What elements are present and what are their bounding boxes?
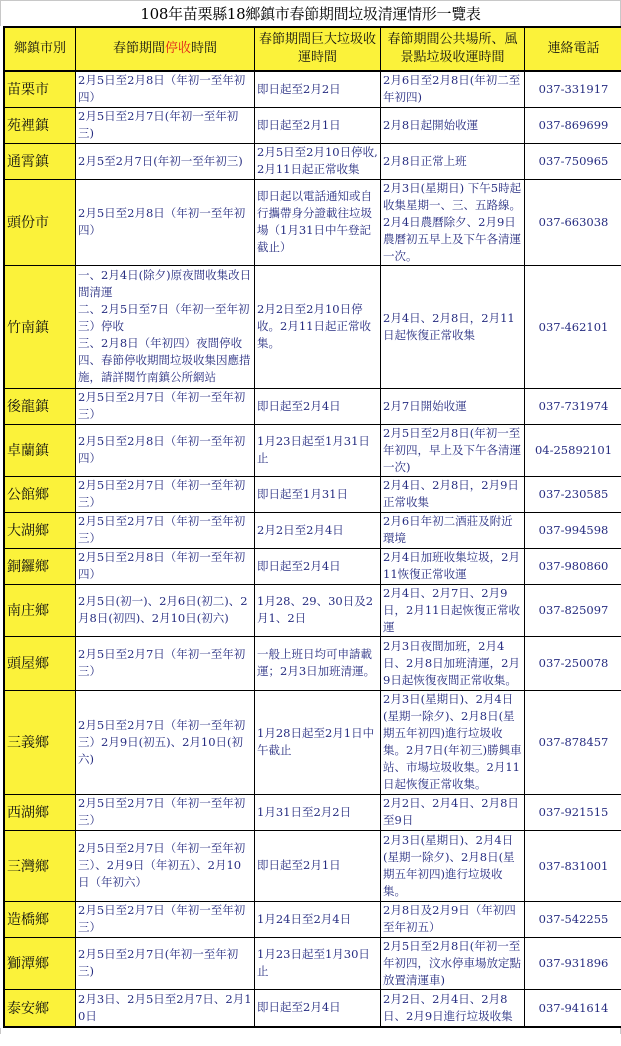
table-row: 竹南鎮一、2月4日(除夕)原夜間收集改日間清運 二、2月5日至7日（年初一至年初…: [4, 265, 621, 388]
table-row: 造橋鄉2月5日至2月7日（年初一至年初三）1月24日至2月4日2月8日及2月9日…: [4, 901, 621, 937]
town-cell: 苗栗市: [4, 71, 76, 107]
bulky-waste-cell: 即日起至1月31日: [255, 476, 381, 512]
table-row: 西湖鄉2月5日至2月7日（年初一至年初三）1月31日至2月2日2月2日、2月4日…: [4, 794, 621, 830]
phone-cell: 037-462101: [525, 265, 621, 388]
town-cell: 獅潭鄉: [4, 937, 76, 989]
town-cell: 頭份市: [4, 179, 76, 265]
stop-period-cell: 2月5日至2月7日（年初一至年初三）: [76, 794, 255, 830]
table-row: 後龍鎮2月5日至2月7日（年初一至年初三）即日起至2月4日2月7日開始收運037…: [4, 388, 621, 424]
stop-period-cell: 2月5日至2月7日（年初一至年初三）、2月9日（年初五）、2月10日（年初六）: [76, 830, 255, 901]
stop-period-cell: 2月5日至2月7日(年初一至年初三): [76, 937, 255, 989]
phone-cell: 037-250078: [525, 636, 621, 690]
table-body: 苗栗市2月5日至2月8日（年初一至年初四）即日起至2月2日2月6日至2月8日(年…: [4, 71, 621, 1027]
stop-period-cell: 2月5日至2月7日（年初一至年初三）: [76, 388, 255, 424]
header-stop-period: 春節期間停收時間: [76, 27, 255, 71]
table-row: 頭份市2月5日至2月8日（年初一至年初四）即日起以電話通知或自行攜帶身分證載往垃…: [4, 179, 621, 265]
town-cell: 大湖鄉: [4, 512, 76, 548]
public-places-cell: 2月6日年初二酒莊及附近環境: [381, 512, 525, 548]
town-cell: 泰安鄉: [4, 989, 76, 1027]
bulky-waste-cell: 2月2日至2月10日停收。2月11日起正常收集。: [255, 265, 381, 388]
stop-period-cell: 2月5日(初一)、2月6日(初二)、2月8日(初四)、2月10日(初六): [76, 584, 255, 636]
spreadsheet-page: 108年苗栗縣18鄉鎮市春節期間垃圾清運情形一覽表 鄉鎮市別 春節期間停收時間 …: [0, 0, 621, 1034]
header-phone: 連絡電話: [525, 27, 621, 71]
town-cell: 南庄鄉: [4, 584, 76, 636]
public-places-cell: 2月4日、2月8日，2月9日正常收集: [381, 476, 525, 512]
table-row: 泰安鄉2月3日、2月5日至2月7日、2月10日即日起至2月4日2月2日、2月4日…: [4, 989, 621, 1027]
public-places-cell: 2月3日夜間加班，2月4日、2月8日加班清運，2月9日起恢復夜間正常收集。: [381, 636, 525, 690]
public-places-cell: 2月8日正常上班: [381, 143, 525, 179]
phone-cell: 037-230585: [525, 476, 621, 512]
phone-cell: 037-750965: [525, 143, 621, 179]
stop-period-cell: 2月5日至2月7日（年初一至年初三）: [76, 512, 255, 548]
phone-cell: 037-994598: [525, 512, 621, 548]
public-places-cell: 2月4日加班收集垃圾，2月11恢復正常收運: [381, 548, 525, 584]
schedule-table: 鄉鎮市別 春節期間停收時間 春節期間巨大垃圾收運時間 春節期間公共場所、風景點垃…: [3, 26, 621, 1028]
table-row: 三灣鄉2月5日至2月7日（年初一至年初三）、2月9日（年初五）、2月10日（年初…: [4, 830, 621, 901]
header-public-places: 春節期間公共場所、風景點垃圾收運時間: [381, 27, 525, 71]
table-row: 苑裡鎮2月5日至2月7日(年初一至年初三)即日起至2月1日2月8日起開始收運03…: [4, 107, 621, 143]
stop-period-cell: 2月3日、2月5日至2月7日、2月10日: [76, 989, 255, 1027]
bulky-waste-cell: 即日起至2月4日: [255, 989, 381, 1027]
stop-period-cell: 2月5日至2月7日（年初一至年初三）: [76, 476, 255, 512]
table-row: 三義鄉2月5日至2月7日（年初一至年初三）2月9日(初五)、2月10日(初六)1…: [4, 690, 621, 794]
stop-period-cell: 2月5日至2月8日（年初一至年初四）: [76, 548, 255, 584]
town-cell: 竹南鎮: [4, 265, 76, 388]
header-stop-suffix: 時間: [191, 41, 217, 56]
stop-period-cell: 2月5日至2月7日（年初一至年初三）: [76, 901, 255, 937]
phone-cell: 037-931896: [525, 937, 621, 989]
stop-period-cell: 一、2月4日(除夕)原夜間收集改日間清運 二、2月5日至7日（年初一至年初三）停…: [76, 265, 255, 388]
table-row: 卓蘭鎮2月5日至2月8日（年初一至年初四）1月23日起至1月31日止2月5日至2…: [4, 424, 621, 476]
document-title: 108年苗栗縣18鄉鎮市春節期間垃圾清運情形一覽表: [0, 0, 621, 26]
bulky-waste-cell: 即日起至2月4日: [255, 548, 381, 584]
bulky-waste-cell: 1月23日起至1月30日止: [255, 937, 381, 989]
town-cell: 公館鄉: [4, 476, 76, 512]
table-row: 獅潭鄉2月5日至2月7日(年初一至年初三)1月23日起至1月30日止2月5日至2…: [4, 937, 621, 989]
town-cell: 造橋鄉: [4, 901, 76, 937]
public-places-cell: 2月8日起開始收運: [381, 107, 525, 143]
stop-period-cell: 2月5日至2月7日（年初一至年初三）: [76, 636, 255, 690]
phone-cell: 037-542255: [525, 901, 621, 937]
town-cell: 通霄鎮: [4, 143, 76, 179]
town-cell: 後龍鎮: [4, 388, 76, 424]
phone-cell: 037-941614: [525, 989, 621, 1027]
bulky-waste-cell: 1月28日起至2月1日中午截止: [255, 690, 381, 794]
table-row: 公館鄉2月5日至2月7日（年初一至年初三）即日起至1月31日2月4日、2月8日，…: [4, 476, 621, 512]
table-row: 通霄鎮2月5至2月7日(年初一至年初三)2月5日至2月10日停收,2月11日起正…: [4, 143, 621, 179]
bulky-waste-cell: 1月28、29、30日及2月1、2日: [255, 584, 381, 636]
phone-cell: 04-25892101: [525, 424, 621, 476]
phone-cell: 037-731974: [525, 388, 621, 424]
bulky-waste-cell: 2月5日至2月10日停收,2月11日起正常收集: [255, 143, 381, 179]
phone-cell: 037-331917: [525, 71, 621, 107]
bulky-waste-cell: 即日起至2月2日: [255, 71, 381, 107]
public-places-cell: 2月7日開始收運: [381, 388, 525, 424]
public-places-cell: 2月2日、2月4日、2月8日、2月9日進行垃圾收集: [381, 989, 525, 1027]
sheet-bottom-edge: [0, 1028, 621, 1034]
stop-period-cell: 2月5日至2月8日（年初一至年初四）: [76, 179, 255, 265]
public-places-cell: 2月6日至2月8日(年初二至年初四): [381, 71, 525, 107]
bulky-waste-cell: 即日起至2月4日: [255, 388, 381, 424]
public-places-cell: 2月4日、2月8日，2月11日起恢復正常收集: [381, 265, 525, 388]
bulky-waste-cell: 即日起至2月1日: [255, 107, 381, 143]
bulky-waste-cell: 2月2日至2月4日: [255, 512, 381, 548]
bulky-waste-cell: 一般上班日均可申請載運；2月3日加班清運。: [255, 636, 381, 690]
stop-period-cell: 2月5日至2月7日(年初一至年初三): [76, 107, 255, 143]
phone-cell: 037-831001: [525, 830, 621, 901]
town-cell: 卓蘭鎮: [4, 424, 76, 476]
town-cell: 西湖鄉: [4, 794, 76, 830]
table-row: 頭屋鄉2月5日至2月7日（年初一至年初三）一般上班日均可申請載運；2月3日加班清…: [4, 636, 621, 690]
table-row: 南庄鄉2月5日(初一)、2月6日(初二)、2月8日(初四)、2月10日(初六)1…: [4, 584, 621, 636]
public-places-cell: 2月3日(星期日)、2月4日(星期一除夕)、2月8日(星期五年初四)進行垃圾收集…: [381, 690, 525, 794]
bulky-waste-cell: 即日起以電話通知或自行攜帶身分證載往垃圾場（1月31日中午登記截止）: [255, 179, 381, 265]
public-places-cell: 2月4日、2月7日、2月9日，2月11日起恢復正常收運: [381, 584, 525, 636]
bulky-waste-cell: 即日起至2月1日: [255, 830, 381, 901]
public-places-cell: 2月8日及2月9日（年初四至年初五）: [381, 901, 525, 937]
header-bulky-waste: 春節期間巨大垃圾收運時間: [255, 27, 381, 71]
stop-period-cell: 2月5日至2月8日（年初一至年初四）: [76, 424, 255, 476]
stop-period-cell: 2月5日至2月7日（年初一至年初三）2月9日(初五)、2月10日(初六): [76, 690, 255, 794]
town-cell: 頭屋鄉: [4, 636, 76, 690]
header-town: 鄉鎮市別: [4, 27, 76, 71]
public-places-cell: 2月3日(星期日)、2月4日(星期一除夕)、2月8日(星期五年初四)進行垃圾收集…: [381, 830, 525, 901]
table-row: 大湖鄉2月5日至2月7日（年初一至年初三）2月2日至2月4日2月6日年初二酒莊及…: [4, 512, 621, 548]
public-places-cell: 2月3日(星期日) 下午5時起收集星期一、三、五路線。2月4日農曆除夕、2月9日…: [381, 179, 525, 265]
bulky-waste-cell: 1月24日至2月4日: [255, 901, 381, 937]
town-cell: 三灣鄉: [4, 830, 76, 901]
public-places-cell: 2月5日至2月8日(年初一至年初四，早上及下午各清運一次): [381, 424, 525, 476]
stop-period-cell: 2月5日至2月8日（年初一至年初四）: [76, 71, 255, 107]
town-cell: 苑裡鎮: [4, 107, 76, 143]
header-row: 鄉鎮市別 春節期間停收時間 春節期間巨大垃圾收運時間 春節期間公共場所、風景點垃…: [4, 27, 621, 71]
phone-cell: 037-869699: [525, 107, 621, 143]
public-places-cell: 2月2日、2月4日、2月8日至9日: [381, 794, 525, 830]
phone-cell: 037-921515: [525, 794, 621, 830]
bulky-waste-cell: 1月31日至2月2日: [255, 794, 381, 830]
phone-cell: 037-878457: [525, 690, 621, 794]
phone-cell: 037-980860: [525, 548, 621, 584]
town-cell: 銅鑼鄉: [4, 548, 76, 584]
table-row: 銅鑼鄉2月5日至2月8日（年初一至年初四）即日起至2月4日2月4日加班收集垃圾，…: [4, 548, 621, 584]
public-places-cell: 2月5日至2月8日(年初一至年初四，汶水停車場放定點放置清運車): [381, 937, 525, 989]
header-stop-highlight: 停收: [165, 41, 191, 56]
stop-period-cell: 2月5至2月7日(年初一至年初三): [76, 143, 255, 179]
bulky-waste-cell: 1月23日起至1月31日止: [255, 424, 381, 476]
town-cell: 三義鄉: [4, 690, 76, 794]
header-stop-prefix: 春節期間: [113, 41, 165, 56]
phone-cell: 037-825097: [525, 584, 621, 636]
table-row: 苗栗市2月5日至2月8日（年初一至年初四）即日起至2月2日2月6日至2月8日(年…: [4, 71, 621, 107]
phone-cell: 037-663038: [525, 179, 621, 265]
